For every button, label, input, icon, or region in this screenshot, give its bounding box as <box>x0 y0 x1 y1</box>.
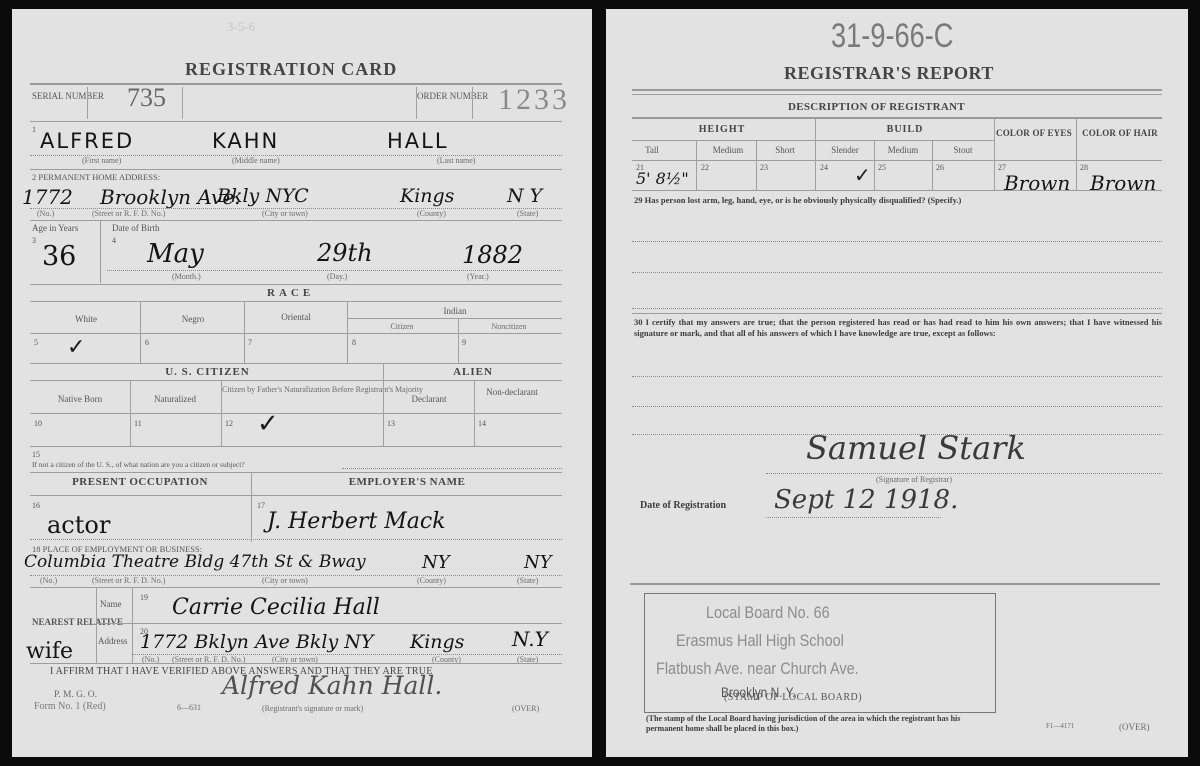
nationality-question: If not a citizen of the U. S., of what n… <box>32 460 245 469</box>
employer-header: EMPLOYER'S NAME <box>252 476 562 488</box>
address-number: 1772 <box>22 185 73 209</box>
registrant-signature: Alfred Kahn Hall. <box>222 671 442 700</box>
relation-value: wife <box>26 639 73 664</box>
serial-number: 735 <box>127 83 166 113</box>
build-medium-check: ✓ <box>854 163 871 187</box>
place-of-employment-state: NY <box>524 552 552 573</box>
stamp-line-3: Flatbush Ave. near Church Ave. <box>656 659 859 679</box>
age-value: 36 <box>42 241 76 272</box>
middle-name: KAHN <box>212 129 279 153</box>
build-title: BUILD <box>816 124 994 135</box>
address-state: N Y <box>507 185 542 207</box>
form-id-line2: Form No. 1 (Red) <box>34 701 106 712</box>
first-name: ALFRED <box>40 129 134 153</box>
relative-address: 1772 Bklyn Ave Bkly NY <box>140 631 373 653</box>
registrar-certification: 30 I certify that my answers are true; t… <box>634 317 1162 339</box>
relative-county: Kings <box>410 631 464 653</box>
address-city: Bkly NYC <box>217 185 309 207</box>
place-of-employment-value: Columbia Theatre Bldg 47th St & Bway <box>24 552 366 572</box>
stamp-line-2: Erasmus Hall High School <box>676 631 844 651</box>
place-of-employment-city: NY <box>422 552 450 573</box>
dob-label: Date of Birth <box>112 223 160 233</box>
order-number-label: ORDER NUMBER <box>417 91 472 101</box>
last-name: HALL <box>387 129 449 153</box>
registrar-report-title: REGISTRAR'S REPORT <box>784 63 994 84</box>
order-number: 1233 <box>498 83 570 117</box>
dob-month: May <box>147 239 204 269</box>
age-label: Age in Years <box>32 223 78 233</box>
alien-title: ALIEN <box>384 366 562 378</box>
stamp-line-1: Local Board No. 66 <box>706 603 830 623</box>
race-title: RACE <box>267 287 314 299</box>
height-title: HEIGHT <box>632 124 812 135</box>
nearest-relative-label: NEAREST RELATIVE <box>32 617 97 628</box>
eye-color-value: Brown <box>1004 171 1070 195</box>
relative-name: Carrie Cecilia Hall <box>172 595 380 620</box>
hair-color-value: Brown <box>1090 171 1156 195</box>
form-id-line1: P. M. G. O. <box>54 690 97 700</box>
card-title: REGISTRATION CARD <box>185 59 397 80</box>
physical-disqualification-question: 29 Has person lost arm, leg, hand, eye, … <box>634 195 1164 206</box>
height-value: 5' 8½" <box>636 169 689 188</box>
stamp-instruction: (The stamp of the Local Board having jur… <box>646 714 996 734</box>
occupation-header: PRESENT OCCUPATION <box>30 476 250 488</box>
stamp-label: (STAMP OF LOCAL BOARD) <box>724 692 862 703</box>
date-of-registration-value: Sept 12 1918. <box>774 485 958 515</box>
hair-color-title: COLOR OF HAIR <box>1078 128 1162 139</box>
registrar-signature: Samuel Stark <box>806 429 1026 467</box>
us-citizen-title: U. S. CITIZEN <box>30 366 385 378</box>
registration-card-front: 3-5-6 REGISTRATION CARD SERIAL NUMBER 73… <box>12 9 592 757</box>
dob-day: 29th <box>317 239 373 267</box>
citizen-by-father-check: ✓ <box>257 409 279 439</box>
home-address-label: 2 PERMANENT HOME ADDRESS: <box>32 172 160 182</box>
relative-state: N.Y <box>512 627 548 651</box>
registration-card-back: 31-9-66-C REGISTRAR'S REPORT DESCRIPTION… <box>606 9 1188 757</box>
description-title: DESCRIPTION OF REGISTRANT <box>788 101 965 113</box>
faint-top-mark: 3-5-6 <box>227 19 255 35</box>
date-of-registration-label: Date of Registration <box>640 500 726 511</box>
occupation-value: actor <box>47 511 110 539</box>
file-number: 31-9-66-C <box>831 17 953 56</box>
dob-year: 1882 <box>462 241 523 269</box>
address-county: Kings <box>400 185 454 207</box>
eye-color-title: COLOR OF EYES <box>996 128 1071 139</box>
employer-value: J. Herbert Mack <box>267 509 446 534</box>
race-white-check: ✓ <box>67 335 85 360</box>
serial-number-label: SERIAL NUMBER <box>32 91 82 101</box>
